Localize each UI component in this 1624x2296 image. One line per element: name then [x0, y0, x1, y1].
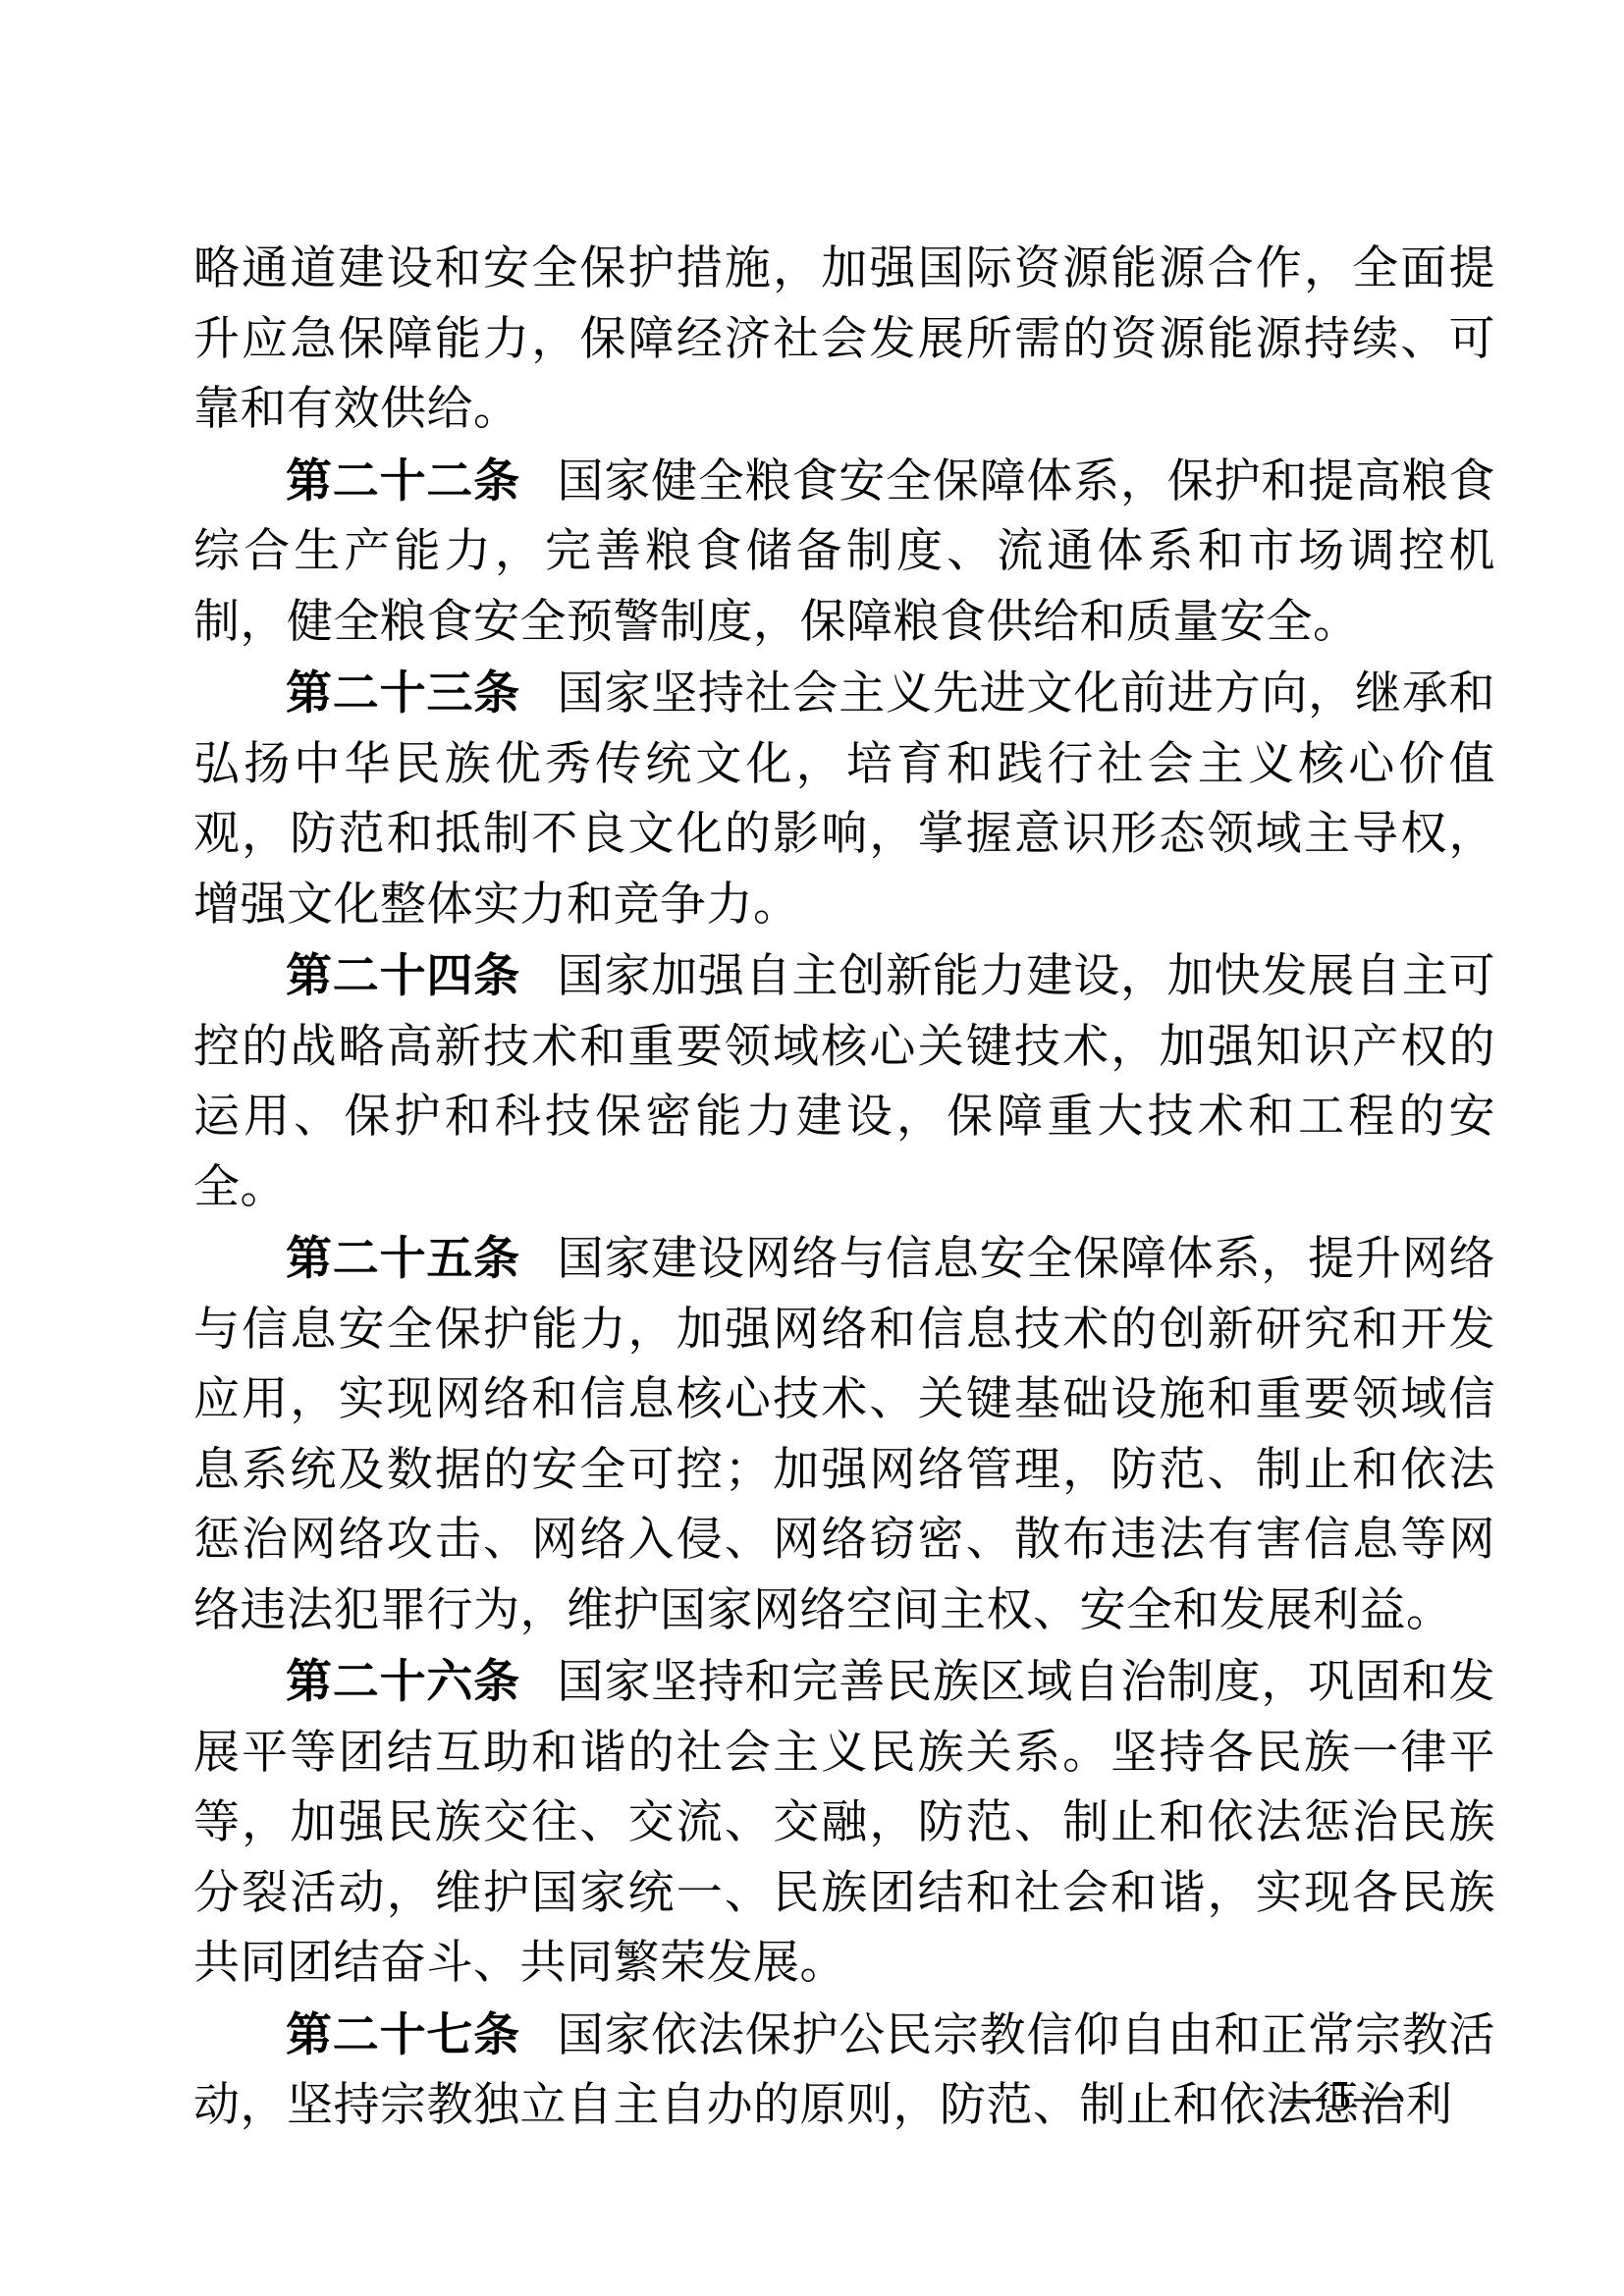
article-number: 第二十七条	[286, 2008, 520, 2060]
article-paragraph-26: 第二十六条国家坚持和完善民族区域自治制度，巩固和发展平等团结互助和谐的社会主义民…	[193, 1646, 1495, 2000]
page-number: —5—	[1283, 2073, 1400, 2120]
document-text: 略通道建设和安全保护措施，加强国际资源能源合作，全面提升应急保障能力，保障经济社…	[193, 235, 1495, 2142]
article-number: 第二十三条	[286, 667, 520, 719]
article-paragraph-25: 第二十五条国家建设网络与信息安全保障体系，提升网络与信息安全保护能力，加强网络和…	[193, 1223, 1495, 1646]
article-paragraph-22: 第二十二条国家健全粮食安全保障体系，保护和提高粮食综合生产能力，完善粮食储备制度…	[193, 446, 1495, 659]
article-body: 国家建设网络与信息安全保障体系，提升网络与信息安全保护能力，加强网络和信息技术的…	[193, 1234, 1495, 1636]
article-number: 第二十六条	[286, 1655, 520, 1707]
article-number: 第二十四条	[286, 949, 520, 1001]
paragraph-body: 略通道建设和安全保护措施，加强国际资源能源合作，全面提升应急保障能力，保障经济社…	[193, 243, 1495, 435]
article-paragraph-24: 第二十四条国家加强自主创新能力建设，加快发展自主可控的战略高新技术和重要领域核心…	[193, 940, 1495, 1223]
article-paragraph-23: 第二十三条国家坚持社会主义先进文化前进方向，继承和弘扬中华民族优秀传统文化，培育…	[193, 658, 1495, 940]
document-page: 略通道建设和安全保护措施，加强国际资源能源合作，全面提升应急保障能力，保障经济社…	[0, 0, 1624, 2296]
article-number: 第二十五条	[286, 1232, 520, 1284]
paragraph-continuation: 略通道建设和安全保护措施，加强国际资源能源合作，全面提升应急保障能力，保障经济社…	[193, 235, 1495, 446]
article-number: 第二十二条	[286, 454, 520, 507]
